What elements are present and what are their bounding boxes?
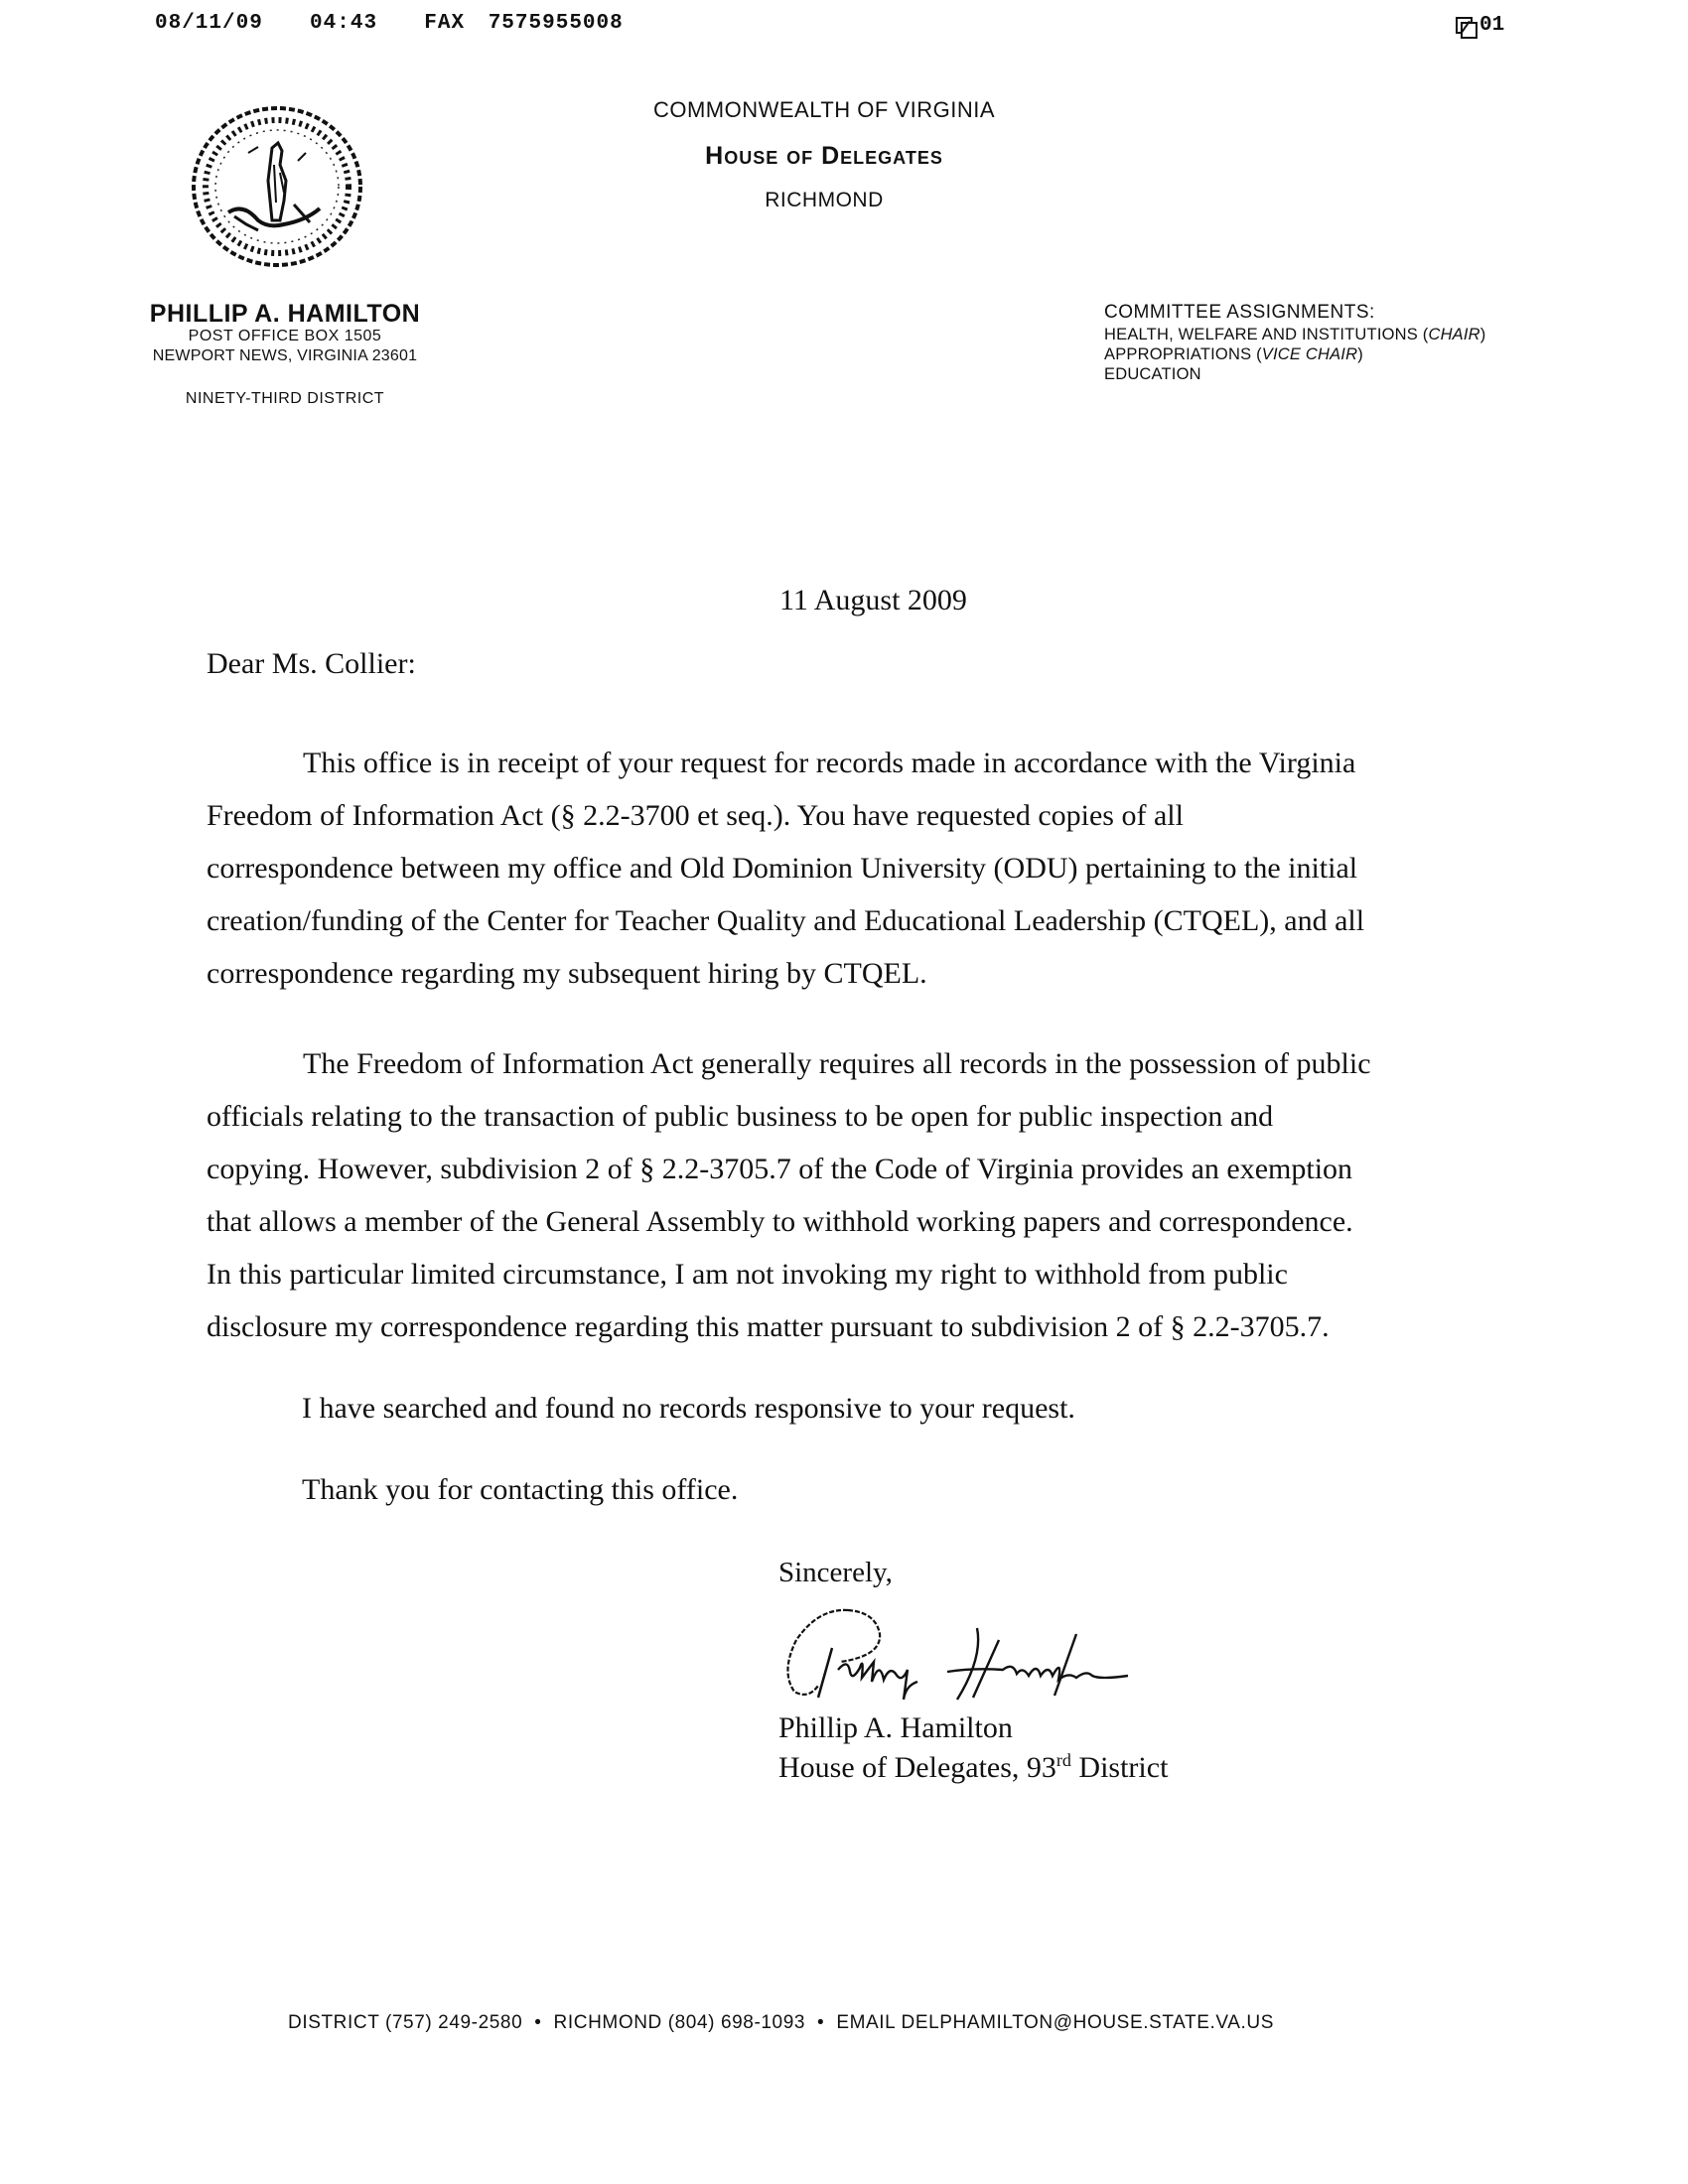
- paragraph-line: Freedom of Information Act (§ 2.2-3700 e…: [207, 789, 1458, 842]
- committee-assignments-title: COMMITTEE ASSIGNMENTS:: [1104, 302, 1375, 324]
- committee-item: HEALTH, WELFARE AND INSTITUTIONS (CHAIR): [1104, 326, 1486, 344]
- delegate-address-line1: POST OFFICE BOX 1505: [121, 328, 449, 345]
- paragraph-line: The Freedom of Information Act generally…: [207, 1037, 1458, 1090]
- paragraph-line: disclosure my correspondence regarding t…: [207, 1300, 1458, 1353]
- paragraph-line: correspondence between my office and Old…: [207, 842, 1458, 894]
- paragraph-request: This office is in receipt of your reques…: [207, 737, 1458, 1000]
- fax-number: 7575955008: [489, 12, 624, 35]
- fax-date: 08/11/09: [155, 12, 263, 35]
- footer-separator: •: [817, 2012, 824, 2033]
- virginia-seal-icon: [189, 103, 365, 270]
- committee-item: EDUCATION: [1104, 365, 1201, 384]
- paragraph-line: copying. However, subdivision 2 of § 2.2…: [207, 1143, 1458, 1195]
- paragraph-no-records: I have searched and found no records res…: [302, 1392, 1075, 1426]
- letterhead-house-of-delegates: House of Delegates: [596, 142, 1053, 171]
- footer-richmond-phone: RICHMOND (804) 698-1093: [554, 2012, 806, 2033]
- letterhead-footer: DISTRICT (757) 249-2580•RICHMOND (804) 6…: [288, 2012, 1274, 2034]
- paragraph-line: This office is in receipt of your reques…: [207, 737, 1458, 789]
- handwritten-signature-icon: [778, 1600, 1136, 1714]
- paragraph-line: In this particular limited circumstance,…: [207, 1248, 1458, 1300]
- delegate-name: PHILLIP A. HAMILTON: [121, 300, 449, 329]
- signer-title: House of Delegates, 93rd District: [778, 1750, 1168, 1785]
- footer-email: EMAIL DELPHAMILTON@HOUSE.STATE.VA.US: [836, 2012, 1274, 2033]
- footer-district-phone: DISTRICT (757) 249-2580: [288, 2012, 522, 2033]
- paragraph-line: officials relating to the transaction of…: [207, 1090, 1458, 1143]
- fax-label: FAX: [424, 12, 465, 35]
- paragraph-line: creation/funding of the Center for Teach…: [207, 894, 1458, 947]
- delegate-district: NINETY-THIRD DISTRICT: [121, 390, 449, 408]
- letter-date: 11 August 2009: [779, 584, 967, 617]
- fax-time: 04:43: [310, 12, 377, 35]
- committee-item: APPROPRIATIONS (VICE CHAIR): [1104, 345, 1363, 364]
- signer-name: Phillip A. Hamilton: [778, 1711, 1013, 1745]
- fax-page-indicator: 01: [1456, 14, 1504, 37]
- fax-header-line: 08/11/09 04:43 FAX 7575955008: [155, 12, 624, 35]
- footer-separator: •: [534, 2012, 541, 2033]
- paragraph-foia-exemption: The Freedom of Information Act generally…: [207, 1037, 1458, 1353]
- fax-page-icon: [1456, 17, 1474, 35]
- fax-page-number: 01: [1479, 14, 1504, 37]
- letterhead-city: RICHMOND: [596, 189, 1053, 212]
- letterhead-commonwealth: COMMONWEALTH OF VIRGINIA: [596, 97, 1053, 123]
- letter-salutation: Dear Ms. Collier:: [207, 647, 416, 681]
- delegate-address-line2: NEWPORT NEWS, VIRGINIA 23601: [121, 347, 449, 365]
- paragraph-line: correspondence regarding my subsequent h…: [207, 947, 1458, 1000]
- letter-closing: Sincerely,: [778, 1557, 893, 1589]
- paragraph-line: that allows a member of the General Asse…: [207, 1195, 1458, 1248]
- paragraph-thank-you: Thank you for contacting this office.: [302, 1473, 738, 1507]
